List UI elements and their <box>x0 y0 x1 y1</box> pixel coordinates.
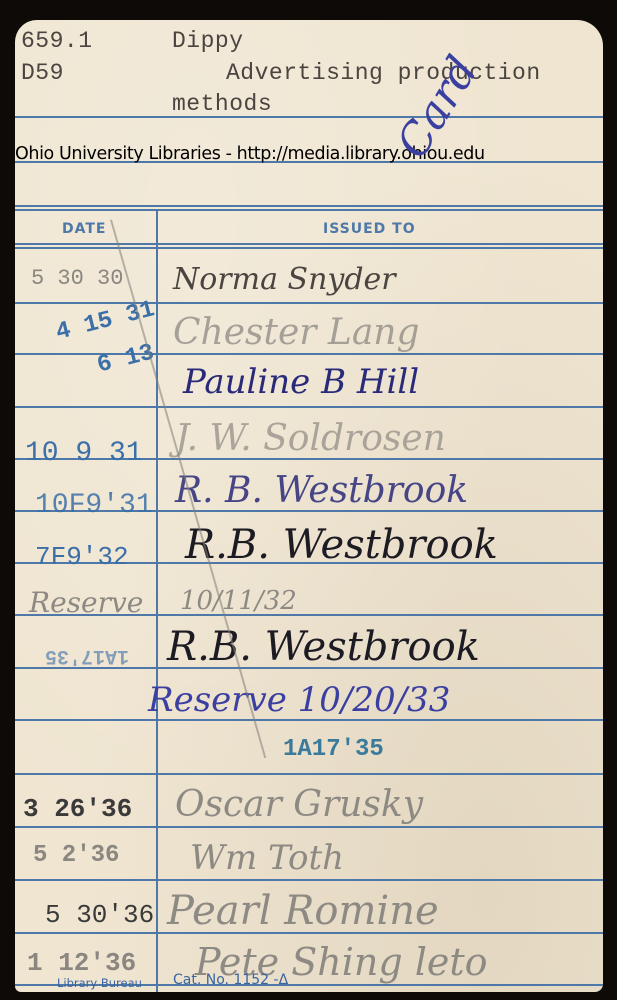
date-entry: 10 9 31 <box>25 438 143 469</box>
issued-to-entry: R.B. Westbrook <box>185 522 498 568</box>
date-entry: 10F9'31 <box>35 490 153 521</box>
call-number-line2: D59 <box>21 60 64 86</box>
table-head-rule <box>15 243 603 245</box>
author: Dippy <box>172 28 244 54</box>
issued-to-entry: Pauline B Hill <box>183 362 419 402</box>
call-number-line1: 659.1 <box>21 28 93 54</box>
date-entry: 3 26'36 <box>23 794 132 824</box>
title-line1: Advertising production <box>226 60 541 86</box>
row-rule <box>15 773 603 775</box>
header-rule <box>15 116 603 118</box>
issued-to-entry: J. W. Soldrosen <box>175 418 446 459</box>
issued-to-entry: 10/11/32 <box>180 586 297 616</box>
table-head-rule-2 <box>15 247 603 249</box>
library-checkout-card: 659.1 D59 Dippy Advertising production m… <box>15 20 603 992</box>
catalog-number: Cat. No. 1152 -Δ <box>173 972 288 988</box>
issued-to-entry: Pearl Romine <box>167 888 439 934</box>
date-entry-upside-down: 1A17'35 <box>45 644 129 667</box>
row-rule <box>15 879 603 881</box>
row-rule <box>15 302 603 304</box>
issued-to-entry: Reserve 10/20/33 <box>148 680 450 720</box>
date-entry: 5 30 30 <box>31 266 123 291</box>
issued-to-stamp: 1A17'35 <box>283 736 384 763</box>
issued-to-entry: R.B. Westbrook <box>167 624 480 670</box>
table-top-rule-2 <box>15 209 603 211</box>
date-entry: 5 2'36 <box>33 842 119 869</box>
row-rule <box>15 406 603 408</box>
date-entry: 5 30'36 <box>45 900 154 930</box>
table-top-rule <box>15 205 603 207</box>
issued-to-entry: R. B. Westbrook <box>175 470 468 511</box>
date-entry: 7F9'32 <box>35 542 129 572</box>
issued-to-entry: Chester Lang <box>173 312 420 353</box>
title-line2: methods <box>172 91 272 117</box>
column-divider <box>156 209 158 992</box>
date-entry: 1 12'36 <box>27 948 136 978</box>
issued-to-entry: Wm Toth <box>190 838 344 878</box>
column-header-date: DATE <box>62 221 106 237</box>
column-header-issued-to: ISSUED TO <box>323 221 416 237</box>
issued-to-entry: Oscar Grusky <box>175 784 423 825</box>
date-entry: 4 15 31 <box>53 296 157 347</box>
row-rule <box>15 826 603 828</box>
publisher-label: Library Bureau <box>57 976 142 990</box>
issued-to-entry: Norma Snyder <box>173 262 396 297</box>
date-entry: Reserve <box>29 586 143 619</box>
